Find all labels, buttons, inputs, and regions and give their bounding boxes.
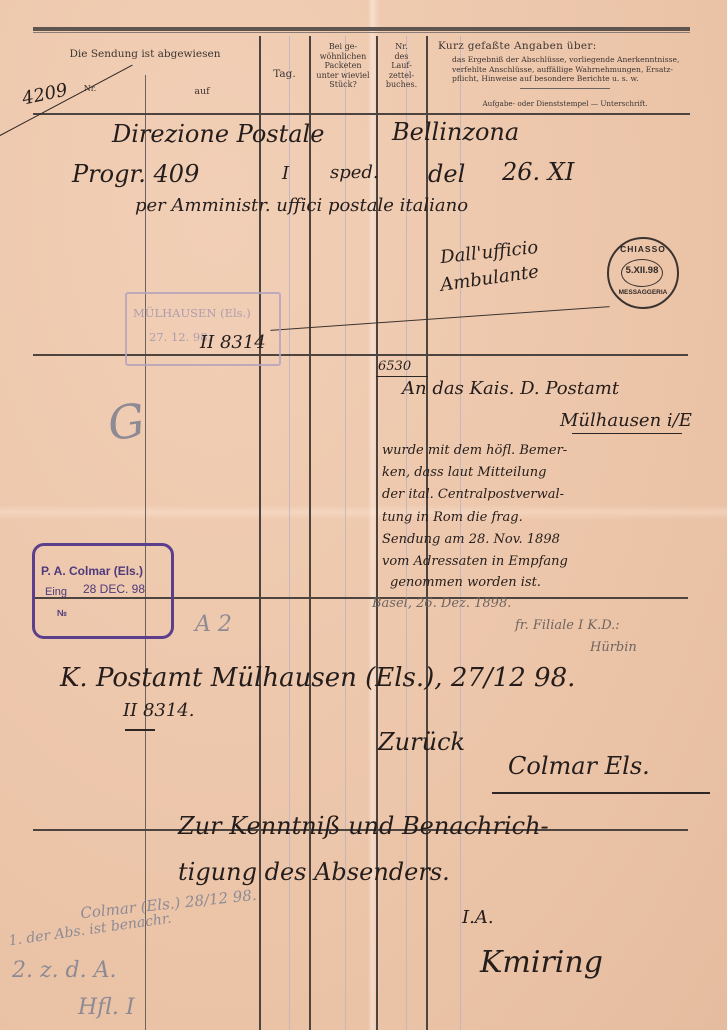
letter-line-5: tung in Rom die frag.: [382, 510, 523, 525]
entry-line1-left: Direzione Postale: [112, 120, 324, 148]
stamp-date: 5.XII.98: [619, 265, 665, 276]
section2-number-underline: [376, 376, 428, 377]
letter-line-1: Mülhausen i/E: [560, 410, 692, 431]
letter-line-8: genommen worden ist.: [390, 575, 541, 590]
header-nr: Nr.: [80, 84, 100, 94]
entry-line2-progr: Progr. 409: [72, 160, 199, 188]
kenntnis-line1: Zur Kenntniß und Benachrich-: [178, 812, 549, 840]
muelhausen-ref-underline: [125, 729, 155, 731]
ref-number: II 8314: [200, 332, 266, 353]
entry-number-top: 4209: [20, 79, 69, 109]
top-double-rule: [33, 27, 690, 31]
colmar-stamp-date: 28 DEC. 98: [83, 582, 145, 596]
zurueck: Zurück: [378, 728, 465, 756]
header-notes-body: das Ergebniß der Abschlüsse, vorliegende…: [452, 55, 692, 84]
entry-line2-sped: sped.: [330, 162, 379, 183]
header-laufzettel: Nr. des Lauf- zettel- buches.: [377, 42, 426, 90]
entry-line2-i: I: [282, 163, 289, 184]
letter-signoff: fr. Filiale I K.D.:: [515, 618, 620, 633]
header-notes-divider: [520, 88, 610, 89]
header-notes-footer: Aufgabe- oder Dienststempel — Unterschri…: [440, 98, 690, 109]
top-double-rule-thin: [33, 32, 690, 33]
letter-line-6: Sendung am 28. Nov. 1898: [382, 532, 560, 547]
pencil-a2: A 2: [195, 612, 232, 637]
entry-line2-date: 26. XI: [502, 158, 574, 186]
header-packets: Bei ge- wöhnlichen Packeten unter wievie…: [310, 42, 376, 90]
colmar-stamp-number: №: [57, 608, 67, 618]
header-auf: auf: [146, 86, 258, 97]
pencil-sig: Hfl. I: [78, 995, 135, 1020]
colmar-received-stamp: P. A. Colmar (Els.) Eing 28 DEC. 98 №: [32, 543, 174, 639]
pencil-mark-g: G: [104, 393, 148, 452]
kenntnis-line2: tigung des Absenders.: [178, 858, 450, 886]
letter-line-0: An das Kais. D. Postamt: [402, 378, 619, 399]
entry-line3: per Amministr. uffici postale italiano: [135, 195, 468, 216]
stamp-ring-top: CHIASSO: [612, 244, 674, 254]
letter-signature: Hürbin: [590, 640, 637, 655]
pencil-note2: 2. z. d. A.: [12, 958, 117, 983]
final-signature: Kmiring: [480, 945, 603, 980]
colmar-stamp-line2-label: Eing: [45, 586, 67, 598]
header-tag: Tag.: [260, 69, 309, 80]
header-rejected: Die Sendung ist abgewiesen: [40, 49, 250, 60]
entry-line1-right: Bellinzona: [392, 118, 519, 146]
muelhausen-line: K. Postamt Mülhausen (Els.), 27/12 98.: [60, 663, 575, 693]
letter-line-2: wurde mit dem höfl. Bemer-: [382, 443, 567, 458]
colmar-line: Colmar Els.: [508, 752, 650, 780]
muelhausen-stamp: MÜLHAUSEN (Els.) 27. 12. 98.: [125, 292, 281, 366]
colmar-line-underline: [492, 792, 710, 794]
letter-line-4: der ital. Centralpostverwal-: [382, 487, 564, 502]
ia-mark: I.A.: [462, 907, 494, 928]
colmar-stamp-line1: P. A. Colmar (Els.): [41, 564, 143, 578]
chiasso-round-stamp: CHIASSO 5.XII.98 MESSAGGERIA: [607, 237, 679, 309]
stamp-ring-bottom: MESSAGGERIA: [611, 289, 675, 296]
section2-number: 6530: [378, 359, 411, 374]
letter-line-1-underline: [572, 433, 682, 434]
header-bottom-rule: [33, 113, 690, 115]
signature-flourish: [270, 306, 609, 331]
letter-line-7: vom Adressaten in Empfang: [382, 554, 568, 569]
letter-line-3: ken, dass laut Mitteilung: [382, 465, 546, 480]
header-notes-title: Kurz gefaßte Angaben über:: [438, 41, 688, 52]
muelhausen-ref: II 8314.: [123, 700, 194, 721]
muelhausen-stamp-line1: MÜLHAUSEN (Els.): [133, 306, 251, 320]
entry-line2-del: del: [428, 160, 465, 188]
letter-place-date: Basel, 26. Dez. 1898.: [372, 596, 511, 611]
